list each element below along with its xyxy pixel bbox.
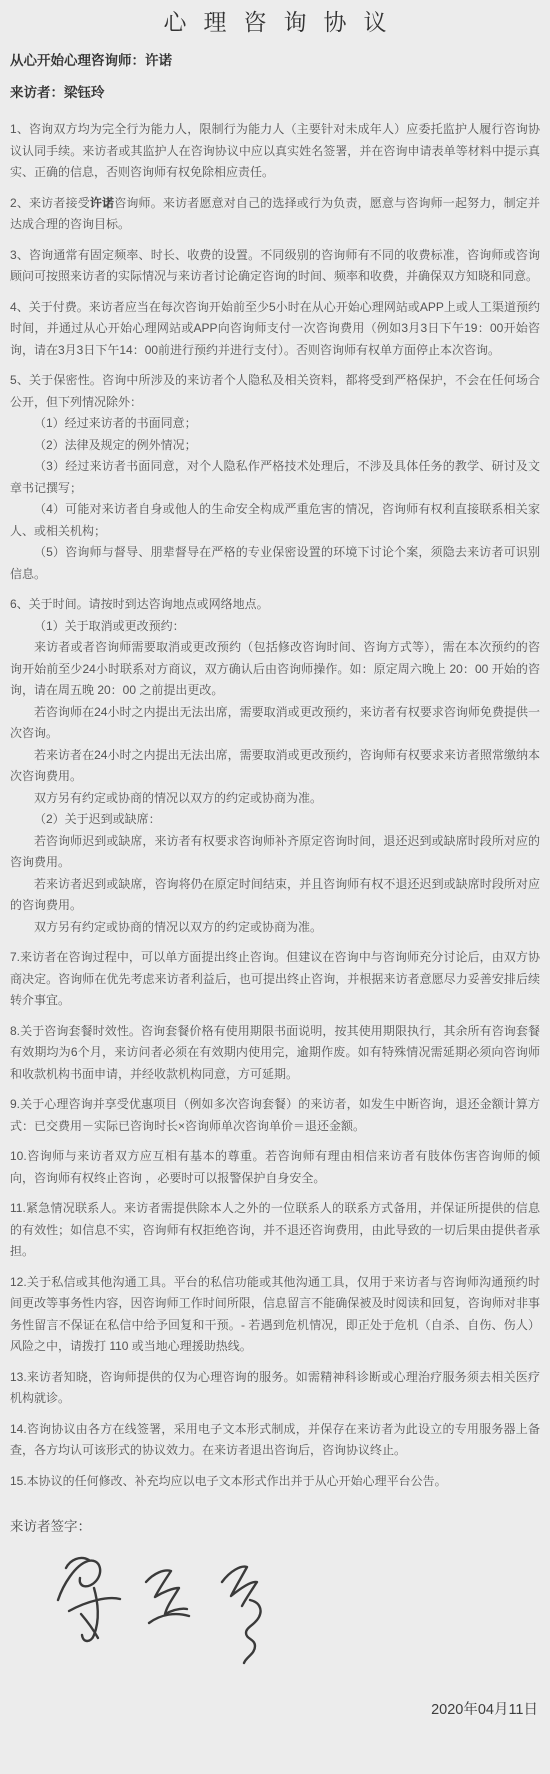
term-8: 8.关于咨询套餐时效性。咨询套餐价格有使用期限书面说明，按其使用期限执行，其余所… — [10, 1021, 540, 1086]
term-3: 3、咨询通常有固定频率、时长、收费的设置。不同级别的咨询师有不同的收费标准，咨询… — [10, 245, 540, 288]
term-1: 1、咨询双方均为完全行为能力人，限制行为能力人（主要针对未成年人）应委托监护人履… — [10, 119, 540, 184]
page-title: 心理咨询协议 — [10, 6, 540, 38]
term-6-item-3: 若咨询师在24小时之内提出无法出席，需要取消或更改预约，来访者有权要求咨询师免费… — [10, 702, 540, 745]
term-4-text: 4、关于付费。来访者应当在每次咨询开始前至少5小时在从心开始心理网站或APP上或… — [10, 297, 540, 362]
term-10: 10.咨询师与来访者双方应互相有基本的尊重。若咨询师有理由相信来访者有肢体伤害咨… — [10, 1146, 540, 1189]
term-1-text: 1、咨询双方均为完全行为能力人，限制行为能力人（主要针对未成年人）应委托监护人履… — [10, 119, 540, 184]
term-6-item-9: 双方另有约定或协商的情况以双方的约定或协商为准。 — [10, 917, 540, 939]
term-15: 15.本协议的任何修改、补充均应以电子文本形式作出并于从心开始心理平台公告。 — [10, 1471, 540, 1493]
term-6-item-6: （2）关于迟到或缺席： — [10, 809, 540, 831]
term-6: 6、关于时间。请按时到达咨询地点或网络地点。 （1）关于取消或更改预约： 来访者… — [10, 594, 540, 938]
signed-date: 2020年04月11日 — [431, 1701, 538, 1719]
term-9-text: 9.关于心理咨询并享受优惠项目（例如多次咨询套餐）的来访者，如发生中断咨询，退还… — [10, 1094, 540, 1137]
client-line: 来访者：梁钰玲 — [10, 84, 540, 101]
term-5-lead: 5、关于保密性。咨询中所涉及的来访者个人隐私及相关资料，都将受到严格保护，不会在… — [10, 370, 540, 413]
term-15-text: 15.本协议的任何修改、补充均应以电子文本形式作出并于从心开始心理平台公告。 — [10, 1471, 540, 1493]
term-6-item-2: 来访者或者咨询师需要取消或更改预约（包括修改咨询时间、咨询方式等），需在本次预约… — [10, 637, 540, 702]
term-12: 12.关于私信或其他沟通工具。平台的私信功能或其他沟通工具，仅用于来访者与咨询师… — [10, 1272, 540, 1358]
term-13-text: 13.来访者知晓，咨询师提供的仅为心理咨询的服务。如需精神科诊断或心理治疗服务须… — [10, 1367, 540, 1410]
term-7-text: 7.来访者在咨询过程中，可以单方面提出终止咨询。但建议在咨询中与咨询师充分讨论后… — [10, 947, 540, 1012]
term-13: 13.来访者知晓，咨询师提供的仅为心理咨询的服务。如需精神科诊断或心理治疗服务须… — [10, 1367, 540, 1410]
agreement-content: 心理咨询协议 从心开始心理咨询师：许诺 来访者：梁钰玲 1、咨询双方均为完全行为… — [0, 0, 550, 1670]
term-11-text: 11.紧急情况联系人。来访者需提供除本人之外的一位联系人的联系方式备用，并保证所… — [10, 1198, 540, 1263]
term-4: 4、关于付费。来访者应当在每次咨询开始前至少5小时在从心开始心理网站或APP上或… — [10, 297, 540, 362]
term-5-item-4: （4）可能对来访者自身或他人的生命安全构成严重危害的情况，咨询师有权利直接联系相… — [10, 499, 540, 542]
term-2: 2、来访者接受许诺咨询师。来访者愿意对自己的选择或行为负责，愿意与咨询师一起努力… — [10, 193, 540, 236]
term-14: 14.咨询协议由各方在线签署，采用电子文本形式制成，并保存在来访者为此设立的专用… — [10, 1419, 540, 1462]
term-6-item-1: （1）关于取消或更改预约： — [10, 616, 540, 638]
term-6-lead: 6、关于时间。请按时到达咨询地点或网络地点。 — [10, 594, 540, 616]
term-6-item-7: 若咨询师迟到或缺席，来访者有权要求咨询师补齐原定咨询时间，退还迟到或缺席时段所对… — [10, 831, 540, 874]
term-11: 11.紧急情况联系人。来访者需提供除本人之外的一位联系人的联系方式备用，并保证所… — [10, 1198, 540, 1263]
term-5-item-1: （1）经过来访者的书面同意； — [10, 413, 540, 435]
agreement-page: 心理咨询协议 从心开始心理咨询师：许诺 来访者：梁钰玲 1、咨询双方均为完全行为… — [0, 0, 550, 1774]
term-12-text: 12.关于私信或其他沟通工具。平台的私信功能或其他沟通工具，仅用于来访者与咨询师… — [10, 1272, 540, 1358]
terms-list: 1、咨询双方均为完全行为能力人，限制行为能力人（主要针对未成年人）应委托监护人履… — [10, 119, 540, 1492]
term-9: 9.关于心理咨询并享受优惠项目（例如多次咨询套餐）的来访者，如发生中断咨询，退还… — [10, 1094, 540, 1137]
term-2-prefix: 2、来访者接受 — [10, 196, 90, 210]
term-10-text: 10.咨询师与来访者双方应互相有基本的尊重。若咨询师有理由相信来访者有肢体伤害咨… — [10, 1146, 540, 1189]
term-8-text: 8.关于咨询套餐时效性。咨询套餐价格有使用期限书面说明，按其使用期限执行，其余所… — [10, 1021, 540, 1086]
counselor-line: 从心开始心理咨询师：许诺 — [10, 52, 540, 69]
handwritten-signature-icon — [54, 1548, 299, 1670]
term-5: 5、关于保密性。咨询中所涉及的来访者个人隐私及相关资料，都将受到严格保护，不会在… — [10, 370, 540, 585]
term-6-item-5: 双方另有约定或协商的情况以双方的约定或协商为准。 — [10, 788, 540, 810]
term-5-item-2: （2）法律及规定的例外情况； — [10, 435, 540, 457]
term-2-counselor-name: 许诺 — [90, 196, 114, 210]
signature-label: 来访者签字： — [10, 1518, 540, 1536]
term-7: 7.来访者在咨询过程中，可以单方面提出终止咨询。但建议在咨询中与咨询师充分讨论后… — [10, 947, 540, 1012]
term-3-text: 3、咨询通常有固定频率、时长、收费的设置。不同级别的咨询师有不同的收费标准，咨询… — [10, 245, 540, 288]
term-5-item-5: （5）咨询师与督导、朋辈督导在严格的专业保密设置的环境下讨论个案，须隐去来访者可… — [10, 542, 540, 585]
term-6-item-8: 若来访者迟到或缺席，咨询将仍在原定时间结束，并且咨询师有权不退还迟到或缺席时段所… — [10, 874, 540, 917]
term-6-item-4: 若来访者在24小时之内提出无法出席，需要取消或更改预约，咨询师有权要求来访者照常… — [10, 745, 540, 788]
term-14-text: 14.咨询协议由各方在线签署，采用电子文本形式制成，并保存在来访者为此设立的专用… — [10, 1419, 540, 1462]
term-2-text: 2、来访者接受许诺咨询师。来访者愿意对自己的选择或行为负责，愿意与咨询师一起努力… — [10, 193, 540, 236]
term-5-item-3: （3）经过来访者书面同意，对个人隐私作严格技术处理后，不涉及具体任务的教学、研讨… — [10, 456, 540, 499]
